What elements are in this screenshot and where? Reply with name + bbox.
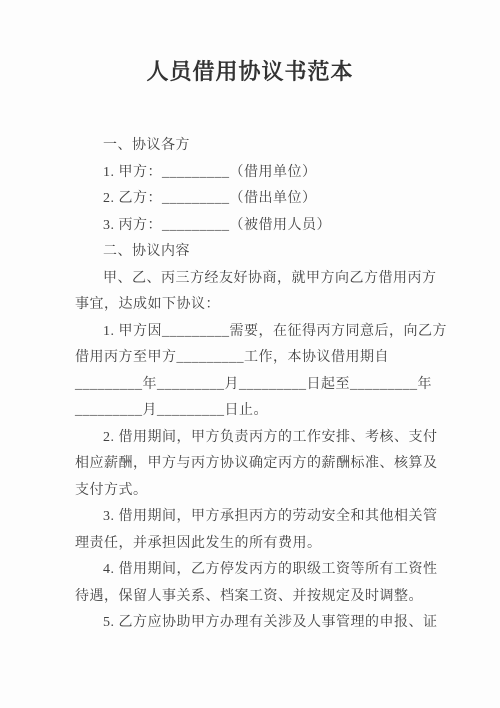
doc-line-clause4-2: 待遇，保留人事关系、档案工资、并按规定及时调整。 xyxy=(75,584,432,611)
doc-line-clause2-1: 2. 借用期间，甲方负责丙方的工作安排、考核、支付 xyxy=(75,425,432,452)
document-body: 一、协议各方 1. 甲方：_________（借用单位） 2. 乙方：_____… xyxy=(75,133,432,637)
doc-line-clause1-1: 1. 甲方因_________需要，在征得丙方同意后，向乙方 xyxy=(75,319,432,346)
doc-line-clause2-2: 相应薪酬，甲方与丙方协议确定丙方的薪酬标准、核算及 xyxy=(75,451,432,478)
doc-line-clause3-1: 3. 借用期间，甲方承担丙方的劳动安全和其他相关管 xyxy=(75,504,432,531)
doc-line-party-c: 3. 丙方：_________（被借用人员） xyxy=(75,213,432,240)
doc-line-clause5-1: 5. 乙方应协助甲方办理有关涉及人事管理的申报、证 xyxy=(75,610,432,637)
doc-line-clause3-2: 理责任，并承担因此发生的所有费用。 xyxy=(75,531,432,558)
doc-line-clause1-2: 借用丙方至甲方_________工作，本协议借用期自 xyxy=(75,345,432,372)
document-page: 人员借用协议书范本 一、协议各方 1. 甲方：_________（借用单位） 2… xyxy=(0,0,500,708)
doc-line-clause1-3: _________年_________月_________日起至________… xyxy=(75,372,432,399)
doc-line-party-b: 2. 乙方：_________（借出单位） xyxy=(75,186,432,213)
doc-line-preamble-1: 甲、乙、丙三方经友好协商，就甲方向乙方借用丙方 xyxy=(75,266,432,293)
doc-line-clause1-4: _________月_________日止。 xyxy=(75,398,432,425)
doc-line-clause2-3: 支付方式。 xyxy=(75,478,432,505)
document-title: 人员借用协议书范本 xyxy=(0,0,500,86)
doc-line-clause4-1: 4. 借用期间，乙方停发丙方的职级工资等所有工资性 xyxy=(75,557,432,584)
doc-line-section-parties: 一、协议各方 xyxy=(75,133,432,160)
doc-line-party-a: 1. 甲方：_________（借用单位） xyxy=(75,160,432,187)
doc-line-section-content: 二、协议内容 xyxy=(75,239,432,266)
doc-line-preamble-2: 事宜，达成如下协议： xyxy=(75,292,432,319)
